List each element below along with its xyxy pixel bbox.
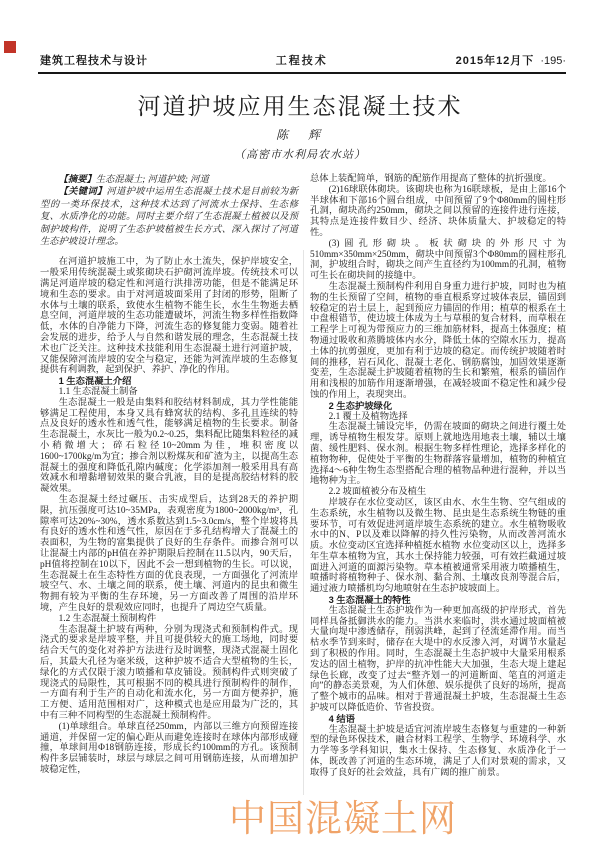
paragraph: 生态混凝土预制构件利用自身重力进行护坡，同时也为植物的生长预留了空间，植物的垂直…: [310, 282, 566, 401]
subsection-heading: 2.2 坡面植被分布及植生: [310, 487, 566, 498]
paragraph: (1)单球组合。单球直径250mm，内部以三维方向预留连接通道，并保留一定的偏心…: [40, 722, 298, 776]
keywords-line: 【关键词】河道护坡中运用生态混凝土技术是目前较为新型的一类环保技术，这种技术达到…: [40, 186, 298, 248]
red-square-mark: [4, 41, 16, 53]
article-title: 河道护坡应用生态混凝土技术: [0, 88, 600, 121]
paragraph: 岸坡存在水位变动区，该区由水、水生生物、空气组成的生态系统，水生植物以及微生物、…: [310, 498, 566, 595]
abstract-text: 生态混凝土; 河道护坡; 河道: [96, 175, 209, 185]
header-divider: [38, 72, 566, 74]
continued-paragraph: 总体上装配简单，钢筋的配筋作用提高了整体的抗折强度。: [310, 174, 566, 185]
abstract-label: 【摘要】: [59, 175, 96, 185]
subsection-heading: 1.1 生态混凝土制备: [40, 387, 298, 398]
paragraph: 生态混凝土铺设完毕，仍需在坡面的砌块之间进行覆土处理，诱导植物生根发芽。原则上就…: [310, 422, 566, 487]
section-heading: 1 生态混凝土介绍: [40, 376, 298, 387]
issue-date: 2015年12月下: [456, 55, 535, 67]
paragraph: 生态混凝土护坡是适宜河流岸坡生态修复与重建的一种新型的绿色环保技术，融合材料工程…: [310, 725, 566, 779]
left-column: 【摘要】生态混凝土; 河道护坡; 河道 【关键词】河道护坡中运用生态混凝土技术是…: [40, 174, 298, 776]
journal-name: 建筑工程技术与设计: [40, 52, 148, 68]
section-heading: 4 结语: [310, 714, 566, 725]
paragraph: (2)16球联体砌块。该砌块也称为16联球板，是由上部16个半球体和下部16个圆…: [310, 185, 566, 239]
abstract-block: 【摘要】生态混凝土; 河道护坡; 河道 【关键词】河道护坡中运用生态混凝土技术是…: [40, 174, 298, 248]
section-heading: 3 生态混凝土的特性: [310, 595, 566, 606]
watermark: 中国混凝土网: [229, 788, 457, 842]
keywords-label: 【关键词】: [59, 187, 107, 197]
subsection-heading: 2.1 覆土及植物选择: [310, 412, 566, 423]
paragraph: 生态混凝土经过碾压、击实成型后，达到28天的养护期限，抗压强度可达10~35MP…: [40, 495, 298, 614]
journal-page: 建筑工程技术与设计 工程技术 2015年12月下·195· 河道护坡应用生态混凝…: [0, 0, 600, 848]
abstract-line: 【摘要】生态混凝土; 河道护坡; 河道: [40, 174, 298, 186]
issue-info: 2015年12月下·195·: [456, 52, 566, 68]
right-column: 总体上装配简单，钢筋的配筋作用提高了整体的抗折强度。(2)16球联体砌块。该砌块…: [310, 174, 566, 779]
author-name: 陈 辉: [0, 126, 600, 143]
author-affiliation: （高密市水利局农水站）: [0, 146, 600, 162]
column-gutter-line: [303, 250, 304, 795]
section-heading: 2 生态护坡绿化: [310, 401, 566, 412]
paragraph: 在河道护坡施工中，为了防止水土流失，保护岸坡安全，一般采用传统混凝土或浆砌块石护…: [40, 257, 298, 376]
paragraph: 生态混凝土生态护坡作为一种更加高级的护岸形式，首先同样具备抵御洪水的能力。当洪水…: [310, 606, 566, 714]
section-name: 工程技术: [276, 52, 328, 68]
paragraph: 生态混凝土护坡有两种，分别为现浇式和预制构件式。现浇式的要求是岸坡平整，并且可提…: [40, 625, 298, 722]
page-number: ·195·: [540, 55, 566, 67]
subsection-heading: 1.2 生态混凝土预制构件: [40, 614, 298, 625]
paragraph: (3)圆孔形砌块。板状砌块的外形尺寸为510mm×350mm×250mm，砌块中…: [310, 239, 566, 282]
paragraph: 生态混凝土一般是由集料和胶结材料制成，其力学性能能够满足工程使用，本身又具有蜂窝…: [40, 398, 298, 495]
page-header: 建筑工程技术与设计 工程技术 2015年12月下·195·: [40, 52, 566, 68]
